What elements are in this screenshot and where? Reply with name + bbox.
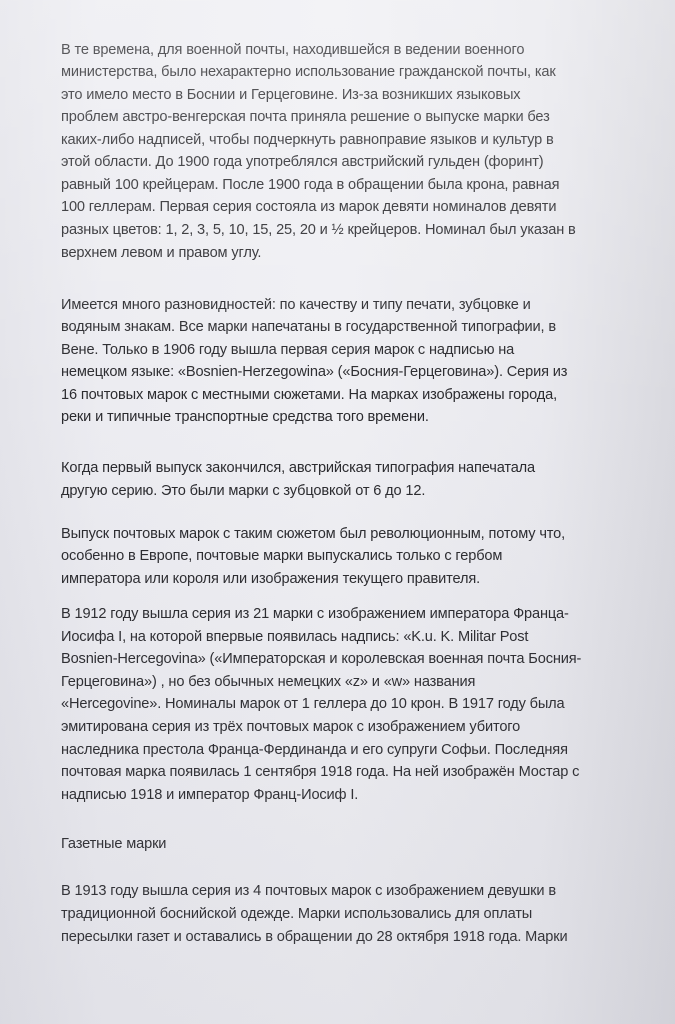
text-line: В 1913 году вышла серия из 4 почтовых ма… bbox=[61, 881, 556, 901]
text-line: наследника престола Франца-Фердинанда и … bbox=[61, 740, 568, 760]
text-line: министерства, было нехарактерно использо… bbox=[61, 62, 556, 82]
text-line: 100 геллерам. Первая серия состояла из м… bbox=[61, 197, 556, 217]
text-line: Bosnien-Hercegovina» («Императорская и к… bbox=[61, 649, 581, 669]
text-line: равный 100 крейцерам. После 1900 года в … bbox=[61, 175, 559, 195]
text-line: Вене. Только в 1906 году вышла первая се… bbox=[61, 340, 514, 360]
text-line: этой области. До 1900 года употреблялся … bbox=[61, 152, 544, 172]
text-line: это имело место в Боснии и Герцеговине. … bbox=[61, 85, 520, 105]
text-line: почтовая марка появилась 1 сентября 1918… bbox=[61, 762, 579, 782]
text-line: Имеется много разновидностей: по качеств… bbox=[61, 295, 531, 315]
text-line: В 1912 году вышла серия из 21 марки с из… bbox=[61, 604, 569, 624]
text-line: другую серию. Это были марки с зубцовкой… bbox=[61, 481, 425, 501]
text-line: пересылки газет и оставались в обращении… bbox=[61, 927, 567, 947]
text-line: каких-либо надписей, чтобы подчеркнуть р… bbox=[61, 130, 554, 150]
section-heading: Газетные марки bbox=[61, 834, 166, 854]
text-line: «Hercegovine». Номиналы марок от 1 гелле… bbox=[61, 694, 565, 714]
text-line: особенно в Европе, почтовые марки выпуск… bbox=[61, 546, 502, 566]
text-line: императора или короля или изображения те… bbox=[61, 569, 480, 589]
document-page: В те времена, для военной почты, находив… bbox=[0, 0, 675, 1024]
text-line: немецком языке: «Bosnien-Herzegowina» («… bbox=[61, 362, 567, 382]
text-line: Когда первый выпуск закончился, австрийс… bbox=[61, 458, 535, 478]
text-line: проблем австро-венгерская почта приняла … bbox=[61, 107, 550, 127]
text-line: 16 почтовых марок с местными сюжетами. Н… bbox=[61, 385, 557, 405]
text-line: Выпуск почтовых марок с таким сюжетом бы… bbox=[61, 524, 565, 544]
text-line: эмитирована серия из трёх почтовых марок… bbox=[61, 717, 520, 737]
text-line: надписью 1918 и император Франц-Иосиф I. bbox=[61, 785, 358, 805]
text-line: водяным знакам. Все марки напечатаны в г… bbox=[61, 317, 556, 337]
text-line: Иосифа I, на которой впервые появилась н… bbox=[61, 627, 528, 647]
text-line: традиционной боснийской одежде. Марки ис… bbox=[61, 904, 532, 924]
text-line: разных цветов: 1, 2, 3, 5, 10, 15, 25, 2… bbox=[61, 220, 576, 240]
text-line: В те времена, для военной почты, находив… bbox=[61, 40, 524, 60]
text-line: верхнем левом и правом углу. bbox=[61, 243, 261, 263]
text-line: Герцеговина») , но без обычных немецких … bbox=[61, 672, 475, 692]
text-line: реки и типичные транспортные средства то… bbox=[61, 407, 429, 427]
